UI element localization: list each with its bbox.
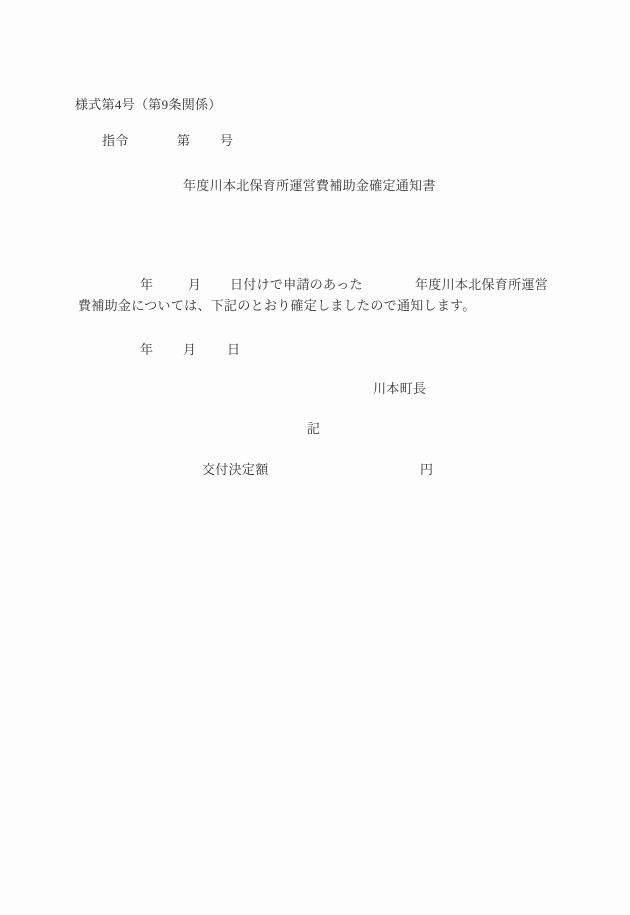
directive-label: 指令: [102, 132, 129, 149]
amount-line: 交付決定額 円: [0, 461, 630, 478]
body-year-label: 年: [140, 276, 153, 293]
directive-line: 指令 第 号: [0, 132, 630, 149]
body-line-2: 費補助金については、下記のとおり確定しましたので通知します。: [78, 297, 476, 314]
signer-title: 川本町長: [373, 380, 426, 397]
date-day-label: 日: [227, 341, 240, 358]
amount-unit: 円: [420, 461, 433, 478]
form-number: 様式第4号（第9条関係）: [75, 96, 222, 113]
date-month-label: 月: [183, 341, 196, 358]
date-year-label: 年: [140, 341, 153, 358]
body-line-1: 年 月 日付けで申請のあった 年度川本北保育所運営: [0, 276, 630, 293]
amount-label: 交付決定額: [202, 461, 269, 478]
record-marker: 記: [307, 420, 320, 437]
body-line1-continuation: 年度川本北保育所運営: [415, 276, 548, 293]
directive-number-prefix: 第: [177, 132, 190, 149]
document-title: 年度川本北保育所運営費補助金確定通知書: [183, 177, 436, 194]
body-month-label: 月: [188, 276, 201, 293]
body-application-phrase: 日付けで申請のあった: [230, 276, 363, 293]
document-page: 様式第4号（第9条関係） 指令 第 号 年度川本北保育所運営費補助金確定通知書 …: [0, 0, 630, 915]
directive-number-suffix: 号: [220, 132, 233, 149]
date-line: 年 月 日: [0, 341, 630, 358]
